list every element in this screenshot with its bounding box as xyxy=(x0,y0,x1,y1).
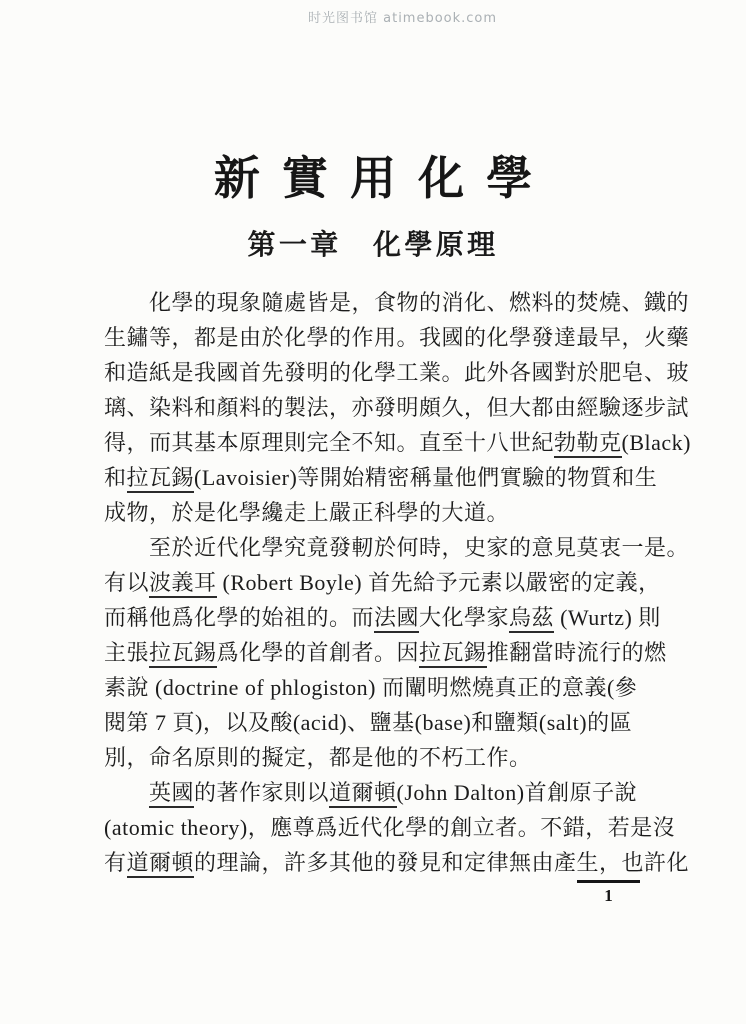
text-line: 主張拉瓦錫爲化學的首創者。因拉瓦錫推翻當時流行的燃 xyxy=(104,636,656,671)
text-line: 有以波義耳 (Robert Boyle) 首先給予元素以嚴密的定義， xyxy=(104,566,656,601)
text-segment: 有以 xyxy=(104,570,149,595)
text-line: 和造紙是我國首先發明的化學工業。此外各國對於肥皂、玻 xyxy=(104,356,656,391)
text-segment: 得，而其基本原理則完全不知。直至十八世紀 xyxy=(104,430,554,455)
text-segment: (Black) xyxy=(622,430,691,455)
text-segment: 的理論，許多其他的發見和定律無由產生，也許化 xyxy=(194,850,689,875)
proper-noun-underlined: 拉瓦錫 xyxy=(149,640,217,668)
text-segment: 至於近代化學究竟發軔於何時，史家的意見莫衷一是。 xyxy=(149,535,689,560)
text-segment: 化學的現象隨處皆是，食物的消化、燃料的焚燒、鐵的 xyxy=(149,290,689,315)
proper-noun-underlined: 烏茲 xyxy=(509,605,554,633)
proper-noun-underlined: 英國 xyxy=(149,780,194,808)
text-line: 有道爾頓的理論，許多其他的發見和定律無由產生，也許化 xyxy=(104,846,656,881)
text-segment: 和 xyxy=(104,465,127,490)
text-line: 英國的著作家則以道爾頓(John Dalton)首創原子說 xyxy=(104,776,656,811)
text-segment: 推翻當時流行的燃 xyxy=(487,640,667,665)
text-line: 璃、染料和顏料的製法，亦發明頗久，但大都由經驗逐步試 xyxy=(104,391,656,426)
proper-noun-underlined: 法國 xyxy=(374,605,419,633)
text-segment: (Wurtz) 則 xyxy=(554,605,661,630)
text-line: 和拉瓦錫(Lavoisier)等開始精密稱量他們實驗的物質和生 xyxy=(104,461,656,496)
text-segment: (John Dalton)首創原子說 xyxy=(397,780,638,805)
proper-noun-underlined: 波義耳 xyxy=(149,570,217,598)
text-segment: 閱第 7 頁)，以及酸(acid)、鹽基(base)和鹽類(salt)的區 xyxy=(104,710,632,735)
book-page: 时光图书馆 atimebook.com 新實用化學 第一章 化學原理 化學的現象… xyxy=(0,0,746,1024)
text-segment: 和造紙是我國首先發明的化學工業。此外各國對於肥皂、玻 xyxy=(104,360,689,385)
text-segment: 而稱他爲化學的始祖的。而 xyxy=(104,605,374,630)
watermark: 时光图书馆 atimebook.com xyxy=(308,7,497,26)
text-segment: 大化學家 xyxy=(419,605,509,630)
text-segment: 主張 xyxy=(104,640,149,665)
body-text: 化學的現象隨處皆是，食物的消化、燃料的焚燒、鐵的生鏽等，都是由於化學的作用。我國… xyxy=(104,286,656,881)
text-segment: 生鏽等，都是由於化學的作用。我國的化學發達最早，火藥 xyxy=(104,325,689,350)
text-segment: 素說 (doctrine of phlogiston) 而闡明燃燒真正的意義(參 xyxy=(104,675,637,700)
text-line: 成物，於是化學纔走上嚴正科學的大道。 xyxy=(104,496,656,531)
text-line: 至於近代化學究竟發軔於何時，史家的意見莫衷一是。 xyxy=(104,531,656,566)
text-segment: 成物，於是化學纔走上嚴正科學的大道。 xyxy=(104,500,509,525)
text-segment: 的著作家則以 xyxy=(194,780,329,805)
text-segment: 璃、染料和顏料的製法，亦發明頗久，但大都由經驗逐步試 xyxy=(104,395,689,420)
page-number: 1 xyxy=(577,886,640,906)
proper-noun-underlined: 拉瓦錫 xyxy=(419,640,487,668)
text-segment: (atomic theory)，應尊爲近代化學的創立者。不錯，若是沒 xyxy=(104,815,675,840)
text-segment: 別，命名原則的擬定，都是他的不朽工作。 xyxy=(104,745,532,770)
proper-noun-underlined: 道爾頓 xyxy=(329,780,397,808)
text-segment: (Robert Boyle) 首先給予元素以嚴密的定義， xyxy=(217,570,661,595)
book-title: 新實用化學 xyxy=(0,142,746,208)
proper-noun-underlined: 勃勒克 xyxy=(554,430,622,458)
text-line: 而稱他爲化學的始祖的。而法國大化學家烏茲 (Wurtz) 則 xyxy=(104,601,656,636)
footer-rule xyxy=(577,880,640,883)
text-line: 閱第 7 頁)，以及酸(acid)、鹽基(base)和鹽類(salt)的區 xyxy=(104,706,656,741)
text-segment: 爲化學的首創者。因 xyxy=(217,640,420,665)
text-segment: (Lavoisier)等開始精密稱量他們實驗的物質和生 xyxy=(194,465,657,490)
text-line: 生鏽等，都是由於化學的作用。我國的化學發達最早，火藥 xyxy=(104,321,656,356)
proper-noun-underlined: 拉瓦錫 xyxy=(127,465,195,493)
text-segment: 有 xyxy=(104,850,127,875)
text-line: 素說 (doctrine of phlogiston) 而闡明燃燒真正的意義(參 xyxy=(104,671,656,706)
proper-noun-underlined: 道爾頓 xyxy=(127,850,195,878)
text-line: 得，而其基本原理則完全不知。直至十八世紀勃勒克(Black) xyxy=(104,426,656,461)
chapter-heading: 第一章 化學原理 xyxy=(0,223,746,263)
text-line: (atomic theory)，應尊爲近代化學的創立者。不錯，若是沒 xyxy=(104,811,656,846)
text-line: 別，命名原則的擬定，都是他的不朽工作。 xyxy=(104,741,656,776)
text-line: 化學的現象隨處皆是，食物的消化、燃料的焚燒、鐵的 xyxy=(104,286,656,321)
